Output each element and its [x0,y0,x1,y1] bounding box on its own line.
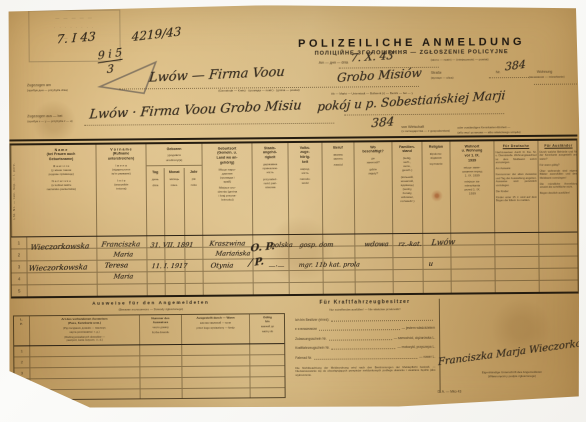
column-header-beruf: Berufзваннє занятєzawód [322,142,355,233]
header-pl: N a z w i s k o (u kobiet także nazwisko… [47,178,77,190]
dotted-leader [329,339,392,341]
handwritten-registration-date: 7. I 43 [56,30,96,45]
vehicle-owners-footnote: Die Nichtbeachtung der Meldeordnung wird… [295,365,435,378]
entry-1-citizenship: polska [270,242,293,249]
empty-cell [254,271,290,282]
header-ua: число доказу [152,326,168,330]
header-paragraph: Durch welche Behörde und Nr. der Kennkar… [540,150,578,161]
header-ua: день [152,177,159,181]
header-pl: (Rodzaj posiadanych dowodów — paszport, … [64,335,105,342]
empty-cell [140,367,182,377]
header-pl: Miejsce uro- dzenia (gmina i kraj przyna… [218,186,238,202]
vehicle-line-3: Kraftfahrzeugschein Nr.— motocykl, przyc… [295,345,435,350]
column-header-religion: Religionвіроіспо- віданняwyznanie [422,142,451,233]
main-table-header: Lfd. Nr. — чис. пор. — l. porz.N a m e (… [10,141,577,238]
header-pl: mies. [171,183,178,187]
entry-1-birthplace: Kraszwina [209,240,246,247]
empty-cell [31,389,141,400]
empty-cell [452,281,496,292]
vehicle-line-label: Fahrrad Nr. [295,355,312,359]
vehicle-line-4: Fahrrad Nr.— rower L. [295,354,435,359]
column-header-wohnort: Wohnort u. Wohnung vor 1. IX. 1939місце … [450,141,495,232]
header-ua: де занятий? [367,157,380,165]
handwritten-signature: Franciszka Marja Wieczorkowska [438,336,586,368]
header-ua: віроіспо- відання [430,151,443,159]
vehicle-owners-heading: Für Kraftfahrzeugbesitzer [295,299,435,306]
vehicle-line-label: Zulassungsschein Nr. [295,336,327,340]
column-header-volks: Volks- zuge- hörig- keitнарод- ністьnaro… [288,143,323,234]
entry-1-religion: rz.-kat. [398,241,422,248]
empty-cell [452,269,496,280]
vehicle-line-right: — jestem właścicielem [402,326,435,330]
farm-label-translation: (з господарства — z gospodarstwa) [401,130,450,134]
header-ua: народ- ність [300,167,310,175]
empty-cell [539,257,579,268]
header-ua: (Рід посіданих доказів — пашпорт, карта … [63,327,106,334]
moved-in-label: Zugezogen am [27,83,51,88]
empty-cell [423,246,451,257]
vehicle-line-label: Kraftfahrzeugschein Nr. [295,346,329,350]
empty-cell [356,270,394,281]
empty-cell [147,248,165,259]
header-ua: Ф а м і л і я (у жінок також родове пріз… [48,164,73,176]
handwritten-date: 7. X. 43 [350,50,394,64]
empty-cell [394,282,424,293]
empty-cell [204,271,254,282]
empty-cell [182,377,250,388]
header-paragraph: Am Ausweis: [496,167,537,171]
header-ua: званнє занятє [333,152,343,160]
header-pl: zawód [334,163,343,167]
header-ua: державна приналеж- ність [263,162,278,174]
entry-1-profession: gosp. dom [299,242,334,249]
header-pl: I m i ę (wszystkie imiona) [114,178,128,190]
vehicle-line-right: — samochód, ciężarówka L. [394,335,435,339]
header-pl: wyznanie [430,162,443,166]
row-number-cell: 1 [11,237,27,248]
handwritten-destination-2: Grobo Misiów [336,67,422,84]
header-ua: місяць [170,177,179,181]
row-number-cell: 5 [15,390,31,400]
header-de: L. p. [20,318,23,326]
handwritten-registration-number: 4219/43 [131,25,181,43]
row-number-cell: 2 [14,357,30,367]
empty-cell [254,283,290,294]
vehicle-line-label: Ich bin Besitzer (eines): [295,317,329,321]
header-pl: roku [191,183,197,187]
header-de: Geburtsort (Gemein. u. Land wo an- gehör… [216,146,237,165]
header-ua: І м е н а (підкреслити ім'я уживане) [112,163,131,175]
number-label: Nr. [496,70,501,75]
entry-1-birthdate: 31. VII. 1891 [150,242,194,249]
header-paragraph: Bogen deutlich ausfüllen! [540,192,578,196]
header-ua: важний до [261,325,274,329]
entry-1-firstname: Franciszka [101,241,141,248]
empty-cell [140,345,182,355]
documents-table-header: L. p.Art des vorhandenen Ausweises (Pass… [14,314,284,346]
header-paragraph: Nachzuweisen durch D. Kte. Nr. u. Dienst… [496,151,537,165]
header-ua: рік [192,177,196,181]
empty-cell [165,248,185,259]
empty-cell [496,281,540,292]
row-number-cell: 1 [14,346,30,356]
header-de: N a m e (bei Frauen auch Geburtsname) [47,147,76,161]
entry-2-firstname-2: Maria [113,273,133,280]
empty-cell [451,233,495,244]
vehicle-line-0: Ich bin Besitzer (eines): [295,316,435,321]
header-de: Staats- angehö- rigkeit [263,146,277,160]
header-de: Geboren [167,146,182,151]
column-header-staats: Staats- angehö- rigkeitдержавна приналеж… [252,143,289,234]
row-number-cell: 4 [12,273,28,284]
empty-cell [539,245,579,256]
header-de: Wo beschäftigt? [362,145,383,155]
column-header-vorname: V o r n a m e (Rufname unterstreichen)І … [96,144,147,235]
empty-cell [185,248,203,259]
entry-2-birthplace: Otynia [210,263,234,270]
empty-cell [141,389,183,399]
group-subcolumns: TagденьdniaMonatмісяцьmies.Jahrрікroku [147,168,203,235]
header-ua: уродився [167,153,180,157]
dotted-leader [319,329,400,331]
column-header-art: Art des vorhandenen Ausweises (Pass, Ken… [30,315,140,345]
header-paragraph: Über wohnende sind eigene Blätter auszuf… [540,169,578,180]
header-de: Tag [152,170,158,175]
row-number-cell: 2 [11,249,27,260]
header-ua: Місце наро- дження (громада і край) [219,167,236,183]
column-header-gueltig: Gültig bisважний доważny do [250,314,285,343]
header-paragraph: Für wann gültig? [540,163,578,167]
header-de: Familien- stand [399,144,415,153]
empty-cell [495,257,539,268]
header-ua: ким виставлений — коли [200,322,231,326]
empty-cell [182,344,250,355]
dotted-leader [314,357,417,359]
header-de: Jahr [190,170,198,175]
stamp-line: — — — — — [55,15,93,20]
empty-cell [28,285,98,297]
handwritten-farm-number: 384 [371,115,395,129]
column-header-geboren: Geborenуродивсяurodzony(a)TagденьdniaMon… [146,144,203,235]
vehicle-line-2: Zulassungsschein Nr.— samochód, ciężarów… [295,335,435,340]
empty-cell [183,388,251,399]
header-de: Volks- zuge- hörig- keit [300,145,311,164]
header-pl: urodzony(a) [166,158,183,162]
paper-sheet: — — — — — · · · · · · · · — — — 7. I 43 … [6,3,582,412]
header-pl: (вільний, жонатий, вдовець) (wolny, żona… [400,175,414,203]
vehicle-line-right: — rower L. [419,354,435,358]
empty-cell [290,271,324,282]
handwritten-origin: Lwów · Firma Voou Grobo Misiu [89,99,303,121]
vehicle-owners-subheading: Nur zutreffendes ausfüllen! — Nie właści… [295,307,435,312]
street-label: Straße [431,71,442,76]
empty-cell [394,270,424,281]
dotted-rule [489,76,529,78]
empty-cell [250,366,285,376]
empty-cell [290,283,324,294]
signature-caption-polish: (Własnoręczny podpis zgłoszonego) [449,374,574,379]
header-de: Für Deutsche [503,143,530,148]
documents-table-heading: Ausweise für den Angemeldeten [41,299,261,306]
header-de: V o r n a m e (Rufname unterstreichen) [108,147,134,161]
empty-cell [186,284,204,295]
column-header-nummer: Nummer des Ausweisesчисло доказуliczba d… [140,315,182,344]
header-de: Monat [169,170,180,175]
empty-cell [186,272,204,283]
documents-table-subheading: (Виказки зголошеного — Dowody zgłoszoneg… [41,306,261,312]
empty-cell [393,258,423,269]
entry-2-religion: u [428,261,433,268]
date-field-note: (місто — повіт) — (miejscowość — powiat) [431,58,561,63]
moved-in-label-translation: (прибув дня — przybył/a dnia) [27,89,117,94]
header-de: Religion [429,144,443,149]
empty-cell [451,257,495,268]
empty-cell [355,258,393,269]
empty-cell [140,378,182,388]
entry-2-citizenship: —·— [268,263,285,270]
handwritten-destination: Lwów — Firma Voou [148,66,285,85]
empty-cell [148,272,166,283]
header-paragraph: Kinder unter 15 J. sind auf dem Bogen de… [496,196,537,203]
column-header-ausgestellt: Ausgestellt durch — Wannким виставлений … [182,314,250,343]
documents-table: L. p.Art des vorhandenen Ausweises (Pass… [13,313,286,400]
column-header-lp: L. p. [14,316,30,345]
empty-cell [496,269,540,280]
handwritten-house-number: 384 [505,59,526,73]
header-ua: місце заме- шкання перед 1. IX. 1939 [462,165,482,177]
header-de: Art des vorhandenen Ausweises (Pass, Ken… [61,318,107,326]
empty-cell [204,283,254,294]
column-header-lfd: Lfd. Nr. — чис. пор. — l. porz. [10,145,27,236]
column-header-beschaeftigt: Wo beschäftigt?де занятий?gdzie zajęty? [354,142,393,233]
column-header-fuer-deutsche: Für DeutscheNachzuweisen durch D. Kte. N… [494,141,539,232]
empty-cell [540,269,580,280]
empty-cell [451,245,495,256]
form-title-german: POLIZEILICHE ANMELDUNG [277,36,547,50]
column-header-familienstand: Familien- stand(ledig, verh., verw., ges… [392,142,423,233]
vehicle-owners-section: Für Kraftfahrzeugbesitzer Nur zutreffend… [295,299,436,378]
empty-cell [166,272,186,283]
dotted-leader [332,348,396,350]
main-table: Lfd. Nr. — чис. пор. — l. porz.N a m e (… [9,139,578,299]
entry-1-surname: Wieczorkowska [30,242,90,251]
header-pl: liczba dowodu [152,331,169,335]
header-pl: dnia [152,183,158,187]
header-pl: przynależ- ność pań- stwowa [263,177,277,189]
header-de: Beruf [333,145,342,150]
scanned-document: — — — — — · · · · · · · · — — — 7. I 43 … [0,0,586,422]
empty-cell [356,282,394,293]
empty-cell [250,377,285,387]
empty-cell [251,388,286,398]
header-de: Für Ausländer [544,143,572,148]
dotted-rule [84,122,334,126]
header-pl: miejsce za- mieszkania przed 1. IX. 1939 [464,180,480,196]
empty-cell [28,273,98,285]
column-header-fuer-auslaender: Für AusländerDurch welche Behörde und Nr… [538,141,579,232]
header-de: Wohnort u. Wohnung vor 1. IX. 1939 [462,144,483,163]
header-paragraph: Die mündliche Anmeldung ersetzt die schr… [540,182,578,189]
header-paragraph: Kennummer der alten Ausweise und Tag der… [496,173,537,187]
entry-2-surname: Wieczorkowska [28,263,88,272]
empty-cell [148,284,166,295]
row-number-cell: 3 [11,261,27,272]
empty-cell [495,233,539,244]
entry-2-birthdate: 11. I. 1917 [151,263,188,270]
empty-cell [324,270,356,281]
header-paragraph: Die Kinder: [496,190,537,194]
entry-2-firstname: Teresa [104,262,128,269]
entry-1-residence: Lwów [431,238,456,247]
column-header-geburtsort: Geburtsort (Gemein. u. Land wo an- gehör… [202,143,253,234]
dotted-rule [344,112,504,115]
row-number-cell: 3 [14,368,30,378]
empty-cell [250,344,285,354]
apartment-label-translation: (мешкання — mieszkanie) [529,76,577,80]
apartment-label: Wohnung [537,70,552,75]
header-pl: gdzie zajęty? [368,167,378,175]
entry-2-mark: ⁄ P. [250,257,264,269]
group-header-geboren: Geborenуродивсяurodzony(a) [146,144,201,166]
section-divider [439,299,441,393]
header-de: Gültig bis [263,316,272,324]
empty-cell [182,355,250,366]
header-de: Nummer des Ausweises [151,317,169,325]
vehicle-line-label: є я власником [295,327,317,331]
vehicle-line-1: є я власником— jestem właścicielem [295,326,435,331]
empty-cell [540,281,580,292]
street-label-translation: (вулиця — ulica) [431,77,454,81]
entry-2-profession: mgr. 11b kat. prola [298,262,360,269]
header-pl: ważny do [262,330,273,334]
dotted-leader [331,319,433,321]
form-title-ukrainian-polish: ПОЛІЦІЙНЕ ЗГОЛОШЕННЯ — ZGŁOSZENIE POLICY… [277,49,547,57]
empty-cell [98,284,148,295]
empty-cell [166,284,186,295]
empty-cell [324,282,356,293]
empty-cell [182,366,250,377]
column-header-jahr: Jahrрікroku [185,168,204,235]
main-table-body: 12345 [11,233,577,297]
header-de: Ausgestellt durch — Wann [196,317,234,321]
empty-cell [539,233,579,244]
header-pl: przez kogo wystawiony — kiedy [196,327,234,331]
header-pl: narodo- wość [300,177,311,185]
column-header-monat: Monatмісяцьmies. [165,168,186,235]
date-field-label: Am — дня — dnia [319,61,348,66]
entry-1-birthplace-2: Mariańska [215,250,251,257]
table-row: 5 [15,387,285,400]
column-header-tag: Tagденьdnia [147,168,166,235]
entry-1-firstname-2: Maria [113,251,133,258]
documents-table-body: 12345 [14,344,284,400]
print-code: D. A. — Mko 43 [438,390,462,394]
signature-caption: Eigenhändige Unterschrift des Angemeldet… [449,370,574,379]
empty-cell [424,270,452,281]
row-number-cell: 5 [12,285,28,296]
empty-cell [250,355,285,365]
vehicle-line-right: — motocykl, przyczepa L. [397,345,435,349]
entry-1-marital-status: wdowa [364,241,389,248]
empty-cell [495,245,539,256]
empty-cell [140,356,182,366]
row-number-cell: 4 [14,379,30,389]
empty-cell [424,282,452,293]
column-header-name: N a m e (bei Frauen auch Geburtsname)Ф а… [26,145,97,237]
dotted-rule [534,83,577,85]
header-ua: (ledig, verh., verw., gesch.) [402,156,412,172]
empty-cell [185,260,203,271]
